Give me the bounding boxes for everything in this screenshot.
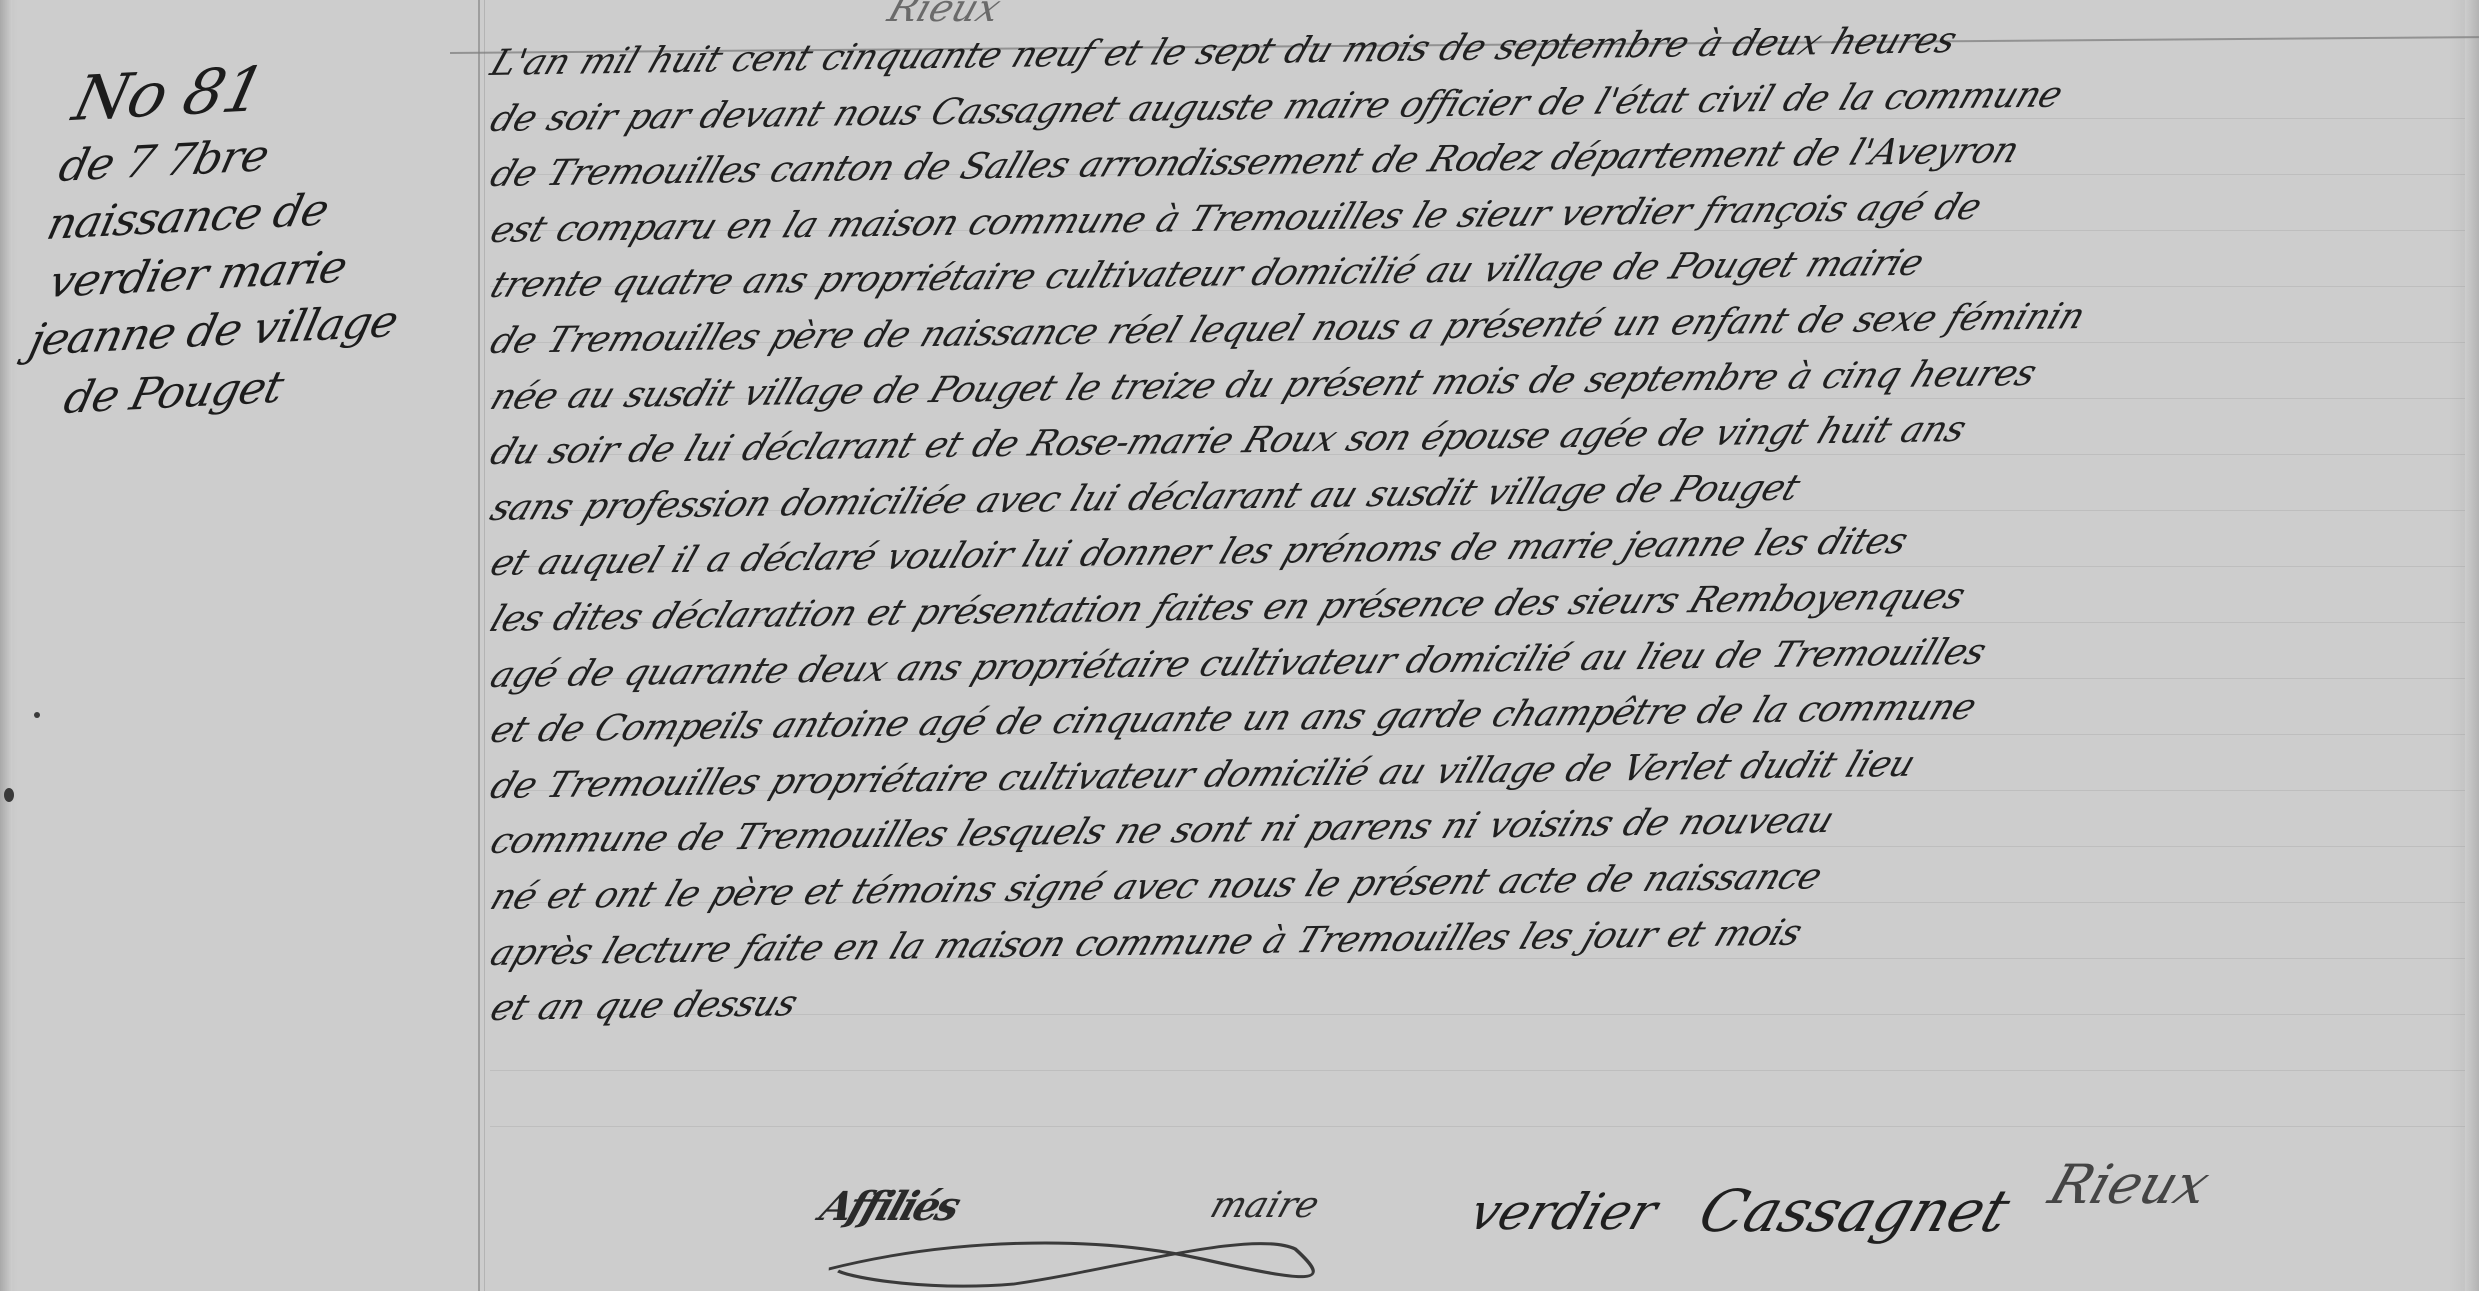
margin-annotation: No 81 de 7 7bre naissance de verdier mar…: [20, 70, 470, 428]
register-page: Rieux No 81 de 7 7bre naissance de verdi…: [0, 0, 2479, 1291]
act-number: No 81: [68, 49, 482, 128]
ruled-line: [490, 1070, 2465, 1071]
witness-signature-2: Rieux: [2042, 1153, 2218, 1216]
mayor-signature: Cassagnet: [1691, 1177, 2018, 1245]
previous-entry-signature: Rieux: [883, 0, 1006, 30]
margin-rule: [478, 0, 480, 1291]
ink-mark: [4, 788, 14, 802]
signature-flourish-icon: [812, 1229, 1371, 1289]
ink-mark: [34, 712, 40, 718]
act-body: L'an mil huit cent cinquante neuf et le …: [492, 36, 2452, 1037]
witness-signature: Affiliés: [814, 1183, 964, 1230]
signatures-row: Affiliés maire verdier Cassagnet Rieux: [492, 1175, 2452, 1291]
maire-label: maire: [1205, 1185, 1324, 1226]
page-left-edge: [0, 0, 12, 1291]
page-right-edge: [2465, 0, 2479, 1291]
declarant-signature: verdier: [1463, 1183, 1665, 1241]
ruled-line: [490, 1126, 2465, 1127]
